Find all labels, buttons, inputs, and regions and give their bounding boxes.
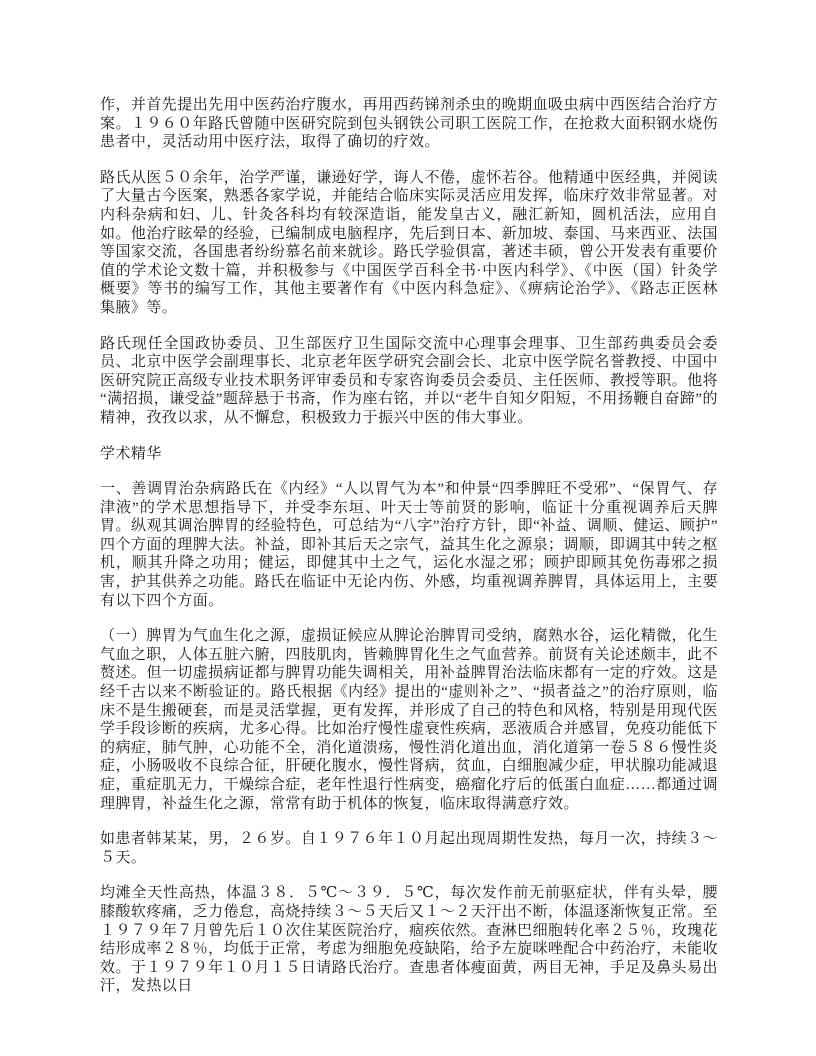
- paragraph-career-overview: 路氏从医５０余年，治学严谨，谦逊好学，诲人不倦，虚怀若谷。他精通中医经典，并阅读…: [100, 169, 718, 318]
- paragraph-case-patient-han-intro: 如患者韩某某，男，２６岁。自１９７６年１０月起出现周期性发热，每月一次，持续３～…: [100, 830, 718, 867]
- section-heading-academic-essence: 学术精华: [100, 445, 718, 464]
- text-column: 作，并首先提出先用中医药治疗腹水，再用西药锑剂杀虫的晚期血吸虫病中西医结合治疗方…: [100, 96, 718, 996]
- paragraph-case-patient-han-history: 均滩全天性高热，体温３８．５℃～３９．５℃，每次发作前无前驱症状，伴有头晕，腰膝…: [100, 884, 718, 996]
- paragraph-spleen-stomach-qi-blood: （一）脾胃为气血生化之源，虚损证候应从脾论治脾胃司受纳，腐熟水谷，运化精微，化生…: [100, 627, 718, 813]
- paragraph-stomach-regulation-principles: 一、善调胃治杂病路氏在《内经》“人以胃气为本”和仲景“四季脾旺不受邪”、“保胃气…: [100, 480, 718, 610]
- document-page: 作，并首先提出先用中医药治疗腹水，再用西药锑剂杀虫的晚期血吸虫病中西医结合治疗方…: [0, 0, 816, 1056]
- paragraph-treatment-plan: 作，并首先提出先用中医药治疗腹水，再用西药锑剂杀虫的晚期血吸虫病中西医结合治疗方…: [100, 96, 718, 152]
- paragraph-titles-positions: 路氏现任全国政协委员、卫生部医疗卫生国际交流中心理事会理事、卫生部药典委员会委员…: [100, 335, 718, 428]
